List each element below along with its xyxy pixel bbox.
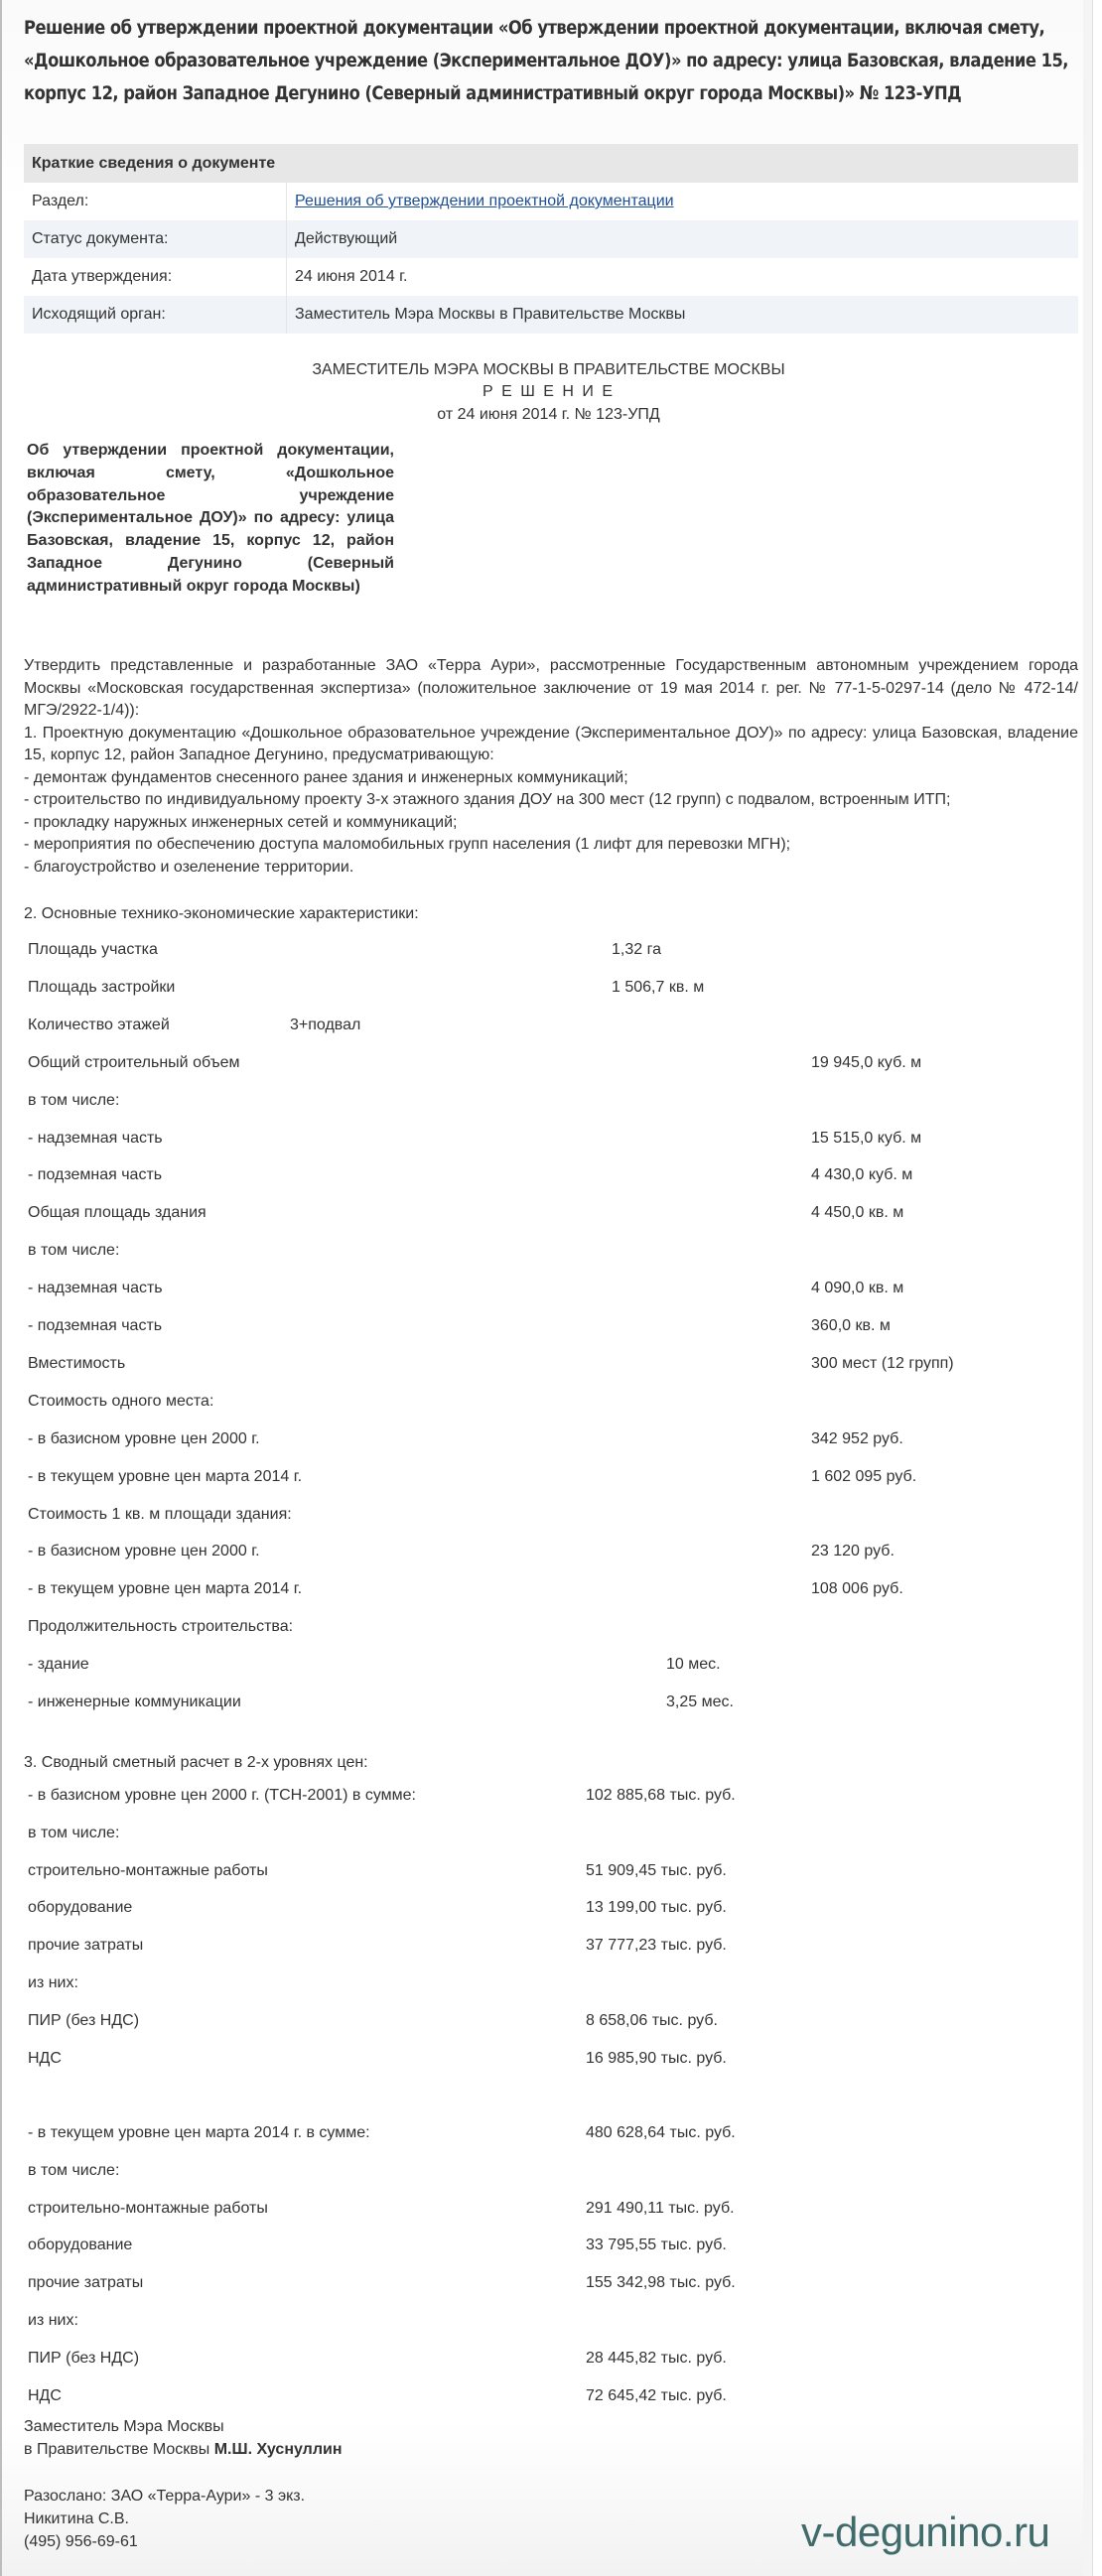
page-title: Решение об утверждении проектной докумен… [24, 12, 1074, 110]
signature-line1: Заместитель Мэра Москвы [24, 2415, 343, 2438]
estimate-label: - в базисном уровне цен 2000 г. (ТСН-200… [28, 1787, 416, 1805]
characteristic-label: в том числе: [28, 1242, 119, 1260]
characteristic-value: 23 120 руб. [811, 1543, 895, 1560]
document-subject: Об утверждении проектной документации, в… [27, 440, 394, 599]
characteristic-value: 342 952 руб. [811, 1430, 903, 1448]
issuing-authority: ЗАМЕСТИТЕЛЬ МЭРА МОСКВЫ В ПРАВИТЕЛЬСТВЕ … [2, 361, 1095, 379]
distribution-sent: Разослано: ЗАО «Терра-Аури» - 3 экз. [24, 2485, 305, 2508]
characteristic-label: Площадь участка [28, 941, 158, 959]
estimate-label: прочие затраты [28, 2274, 143, 2292]
characteristic-value: 1 602 095 руб. [811, 1468, 916, 1486]
summary-row-section: Раздел: Решения об утверждении проектной… [24, 183, 1078, 220]
characteristic-label: - в базисном уровне цен 2000 г. [28, 1543, 260, 1560]
summary-label: Статус документа: [24, 220, 287, 258]
intro-paragraph: Утвердить представленные и разработанные… [24, 655, 1078, 723]
bullet: - мероприятия по обеспечению доступа мал… [24, 834, 1078, 857]
document-date-number: от 24 июня 2014 г. № 123-УПД [2, 406, 1095, 424]
characteristic-label: - в базисном уровне цен 2000 г. [28, 1430, 260, 1448]
estimate-label: НДС [28, 2050, 62, 2068]
estimate-label: строительно-монтажные работы [28, 2200, 268, 2218]
estimate-label: оборудование [28, 1899, 132, 1917]
date-value: 24 июня 2014 г. [287, 258, 1079, 296]
estimate-label: из них: [28, 1974, 78, 1992]
document-summary-table: Краткие сведения о документе Раздел: Реш… [24, 144, 1078, 334]
estimate-value: 33 795,55 тыс. руб. [586, 2237, 727, 2254]
characteristic-value: 3+подвал [290, 1017, 360, 1034]
summary-row-date: Дата утверждения: 24 июня 2014 г. [24, 258, 1078, 296]
estimate-value: 480 628,64 тыс. руб. [586, 2124, 736, 2142]
characteristic-value: 4 430,0 куб. м [811, 1166, 912, 1184]
characteristic-label: Стоимость одного места: [28, 1393, 213, 1411]
estimate-label: в том числе: [28, 2162, 119, 2180]
characteristic-value: 4 090,0 кв. м [811, 1280, 903, 1297]
summary-row-authority: Исходящий орган: Заместитель Мэра Москвы… [24, 296, 1078, 334]
bullet: - благоустройство и озеленение территори… [24, 857, 1078, 880]
estimate-value: 102 885,68 тыс. руб. [586, 1787, 736, 1805]
characteristic-label: в том числе: [28, 1092, 119, 1110]
contact-name: Никитина С.В. [24, 2508, 305, 2530]
estimate-label: из них: [28, 2312, 78, 2330]
estimate-value: 37 777,23 тыс. руб. [586, 1937, 727, 1955]
characteristic-value: 10 мес. [666, 1656, 721, 1674]
item-1: 1. Проектную документацию «Дошкольное об… [24, 723, 1078, 767]
characteristic-label: - в текущем уровне цен марта 2014 г. [28, 1580, 302, 1598]
estimate-value: 8 658,06 тыс. руб. [586, 2012, 718, 2030]
signature-block: Заместитель Мэра Москвы в Правительстве … [24, 2415, 343, 2461]
characteristic-value: 1,32 га [612, 941, 661, 959]
signatory-name: М.Ш. Хуснуллин [214, 2441, 343, 2458]
estimate-label: - в текущем уровне цен марта 2014 г. в с… [28, 2124, 370, 2142]
characteristic-value: 3,25 мес. [666, 1694, 734, 1711]
characteristic-label: Продолжительность строительства: [28, 1618, 293, 1636]
status-value: Действующий [287, 220, 1079, 258]
estimate-label: строительно-монтажные работы [28, 1862, 268, 1880]
characteristic-label: - надземная часть [28, 1280, 163, 1297]
document-type: Р Е Ш Е Н И Е [2, 383, 1095, 401]
bullet: - прокладку наружных инженерных сетей и … [24, 812, 1078, 835]
estimate-label: НДС [28, 2387, 62, 2405]
summary-label: Дата утверждения: [24, 258, 287, 296]
bullet: - строительство по индивидуальному проек… [24, 789, 1078, 812]
estimate-label: ПИР (без НДС) [28, 2350, 139, 2368]
estimate-value: 72 645,42 тыс. руб. [586, 2387, 727, 2405]
estimate-label: в том числе: [28, 1825, 119, 1842]
characteristic-value: 15 515,0 куб. м [811, 1130, 921, 1148]
contact-phone: (495) 956-69-61 [24, 2530, 305, 2553]
characteristic-label: Вместимость [28, 1355, 125, 1373]
characteristic-label: - подземная часть [28, 1317, 162, 1335]
section3-heading: 3. Сводный сметный расчет в 2-х уровнях … [24, 1754, 368, 1772]
estimate-value: 51 909,45 тыс. руб. [586, 1862, 727, 1880]
distribution-block: Разослано: ЗАО «Терра-Аури» - 3 экз. Ник… [24, 2485, 305, 2553]
characteristic-value: 4 450,0 кв. м [811, 1204, 903, 1222]
signature-line2: в Правительстве Москвы [24, 2441, 214, 2458]
bullet: - демонтаж фундаментов снесенного ранее … [24, 767, 1078, 790]
summary-label: Раздел: [24, 183, 287, 220]
site-watermark: v-degunino.ru [801, 2508, 1049, 2556]
characteristic-label: - подземная часть [28, 1166, 162, 1184]
section-link[interactable]: Решения об утверждении проектной докумен… [295, 193, 674, 209]
estimate-label: прочие затраты [28, 1937, 143, 1955]
summary-row-status: Статус документа: Действующий [24, 220, 1078, 258]
estimate-value: 28 445,82 тыс. руб. [586, 2350, 727, 2368]
estimate-label: ПИР (без НДС) [28, 2012, 139, 2030]
estimate-value: 16 985,90 тыс. руб. [586, 2050, 727, 2068]
characteristic-label: Количество этажей [28, 1017, 170, 1034]
characteristic-label: - в текущем уровне цен марта 2014 г. [28, 1468, 302, 1486]
authority-value: Заместитель Мэра Москвы в Правительстве … [287, 296, 1079, 334]
characteristic-label: Стоимость 1 кв. м площади здания: [28, 1506, 292, 1524]
summary-heading: Краткие сведения о документе [24, 144, 1078, 183]
characteristic-value: 19 945,0 куб. м [811, 1054, 921, 1072]
characteristic-value: 1 506,7 кв. м [612, 979, 704, 997]
estimate-value: 155 342,98 тыс. руб. [586, 2274, 736, 2292]
characteristic-label: Общая площадь здания [28, 1204, 207, 1222]
characteristic-label: - надземная часть [28, 1130, 163, 1148]
estimate-value: 13 199,00 тыс. руб. [586, 1899, 727, 1917]
estimate-value: 291 490,11 тыс. руб. [586, 2200, 735, 2218]
characteristic-label: Площадь застройки [28, 979, 175, 997]
document-page: Решение об утверждении проектной докумен… [0, 0, 1093, 2576]
characteristic-value: 108 006 руб. [811, 1580, 903, 1598]
estimate-label: оборудование [28, 2237, 132, 2254]
characteristic-label: Общий строительный объем [28, 1054, 240, 1072]
characteristic-label: - здание [28, 1656, 89, 1674]
document-body: Утвердить представленные и разработанные… [24, 655, 1078, 879]
characteristic-value: 300 мест (12 групп) [811, 1355, 954, 1373]
summary-label: Исходящий орган: [24, 296, 287, 334]
characteristic-value: 360,0 кв. м [811, 1317, 891, 1335]
section2-heading: 2. Основные технико-экономические характ… [24, 905, 419, 923]
characteristic-label: - инженерные коммуникации [28, 1694, 241, 1711]
